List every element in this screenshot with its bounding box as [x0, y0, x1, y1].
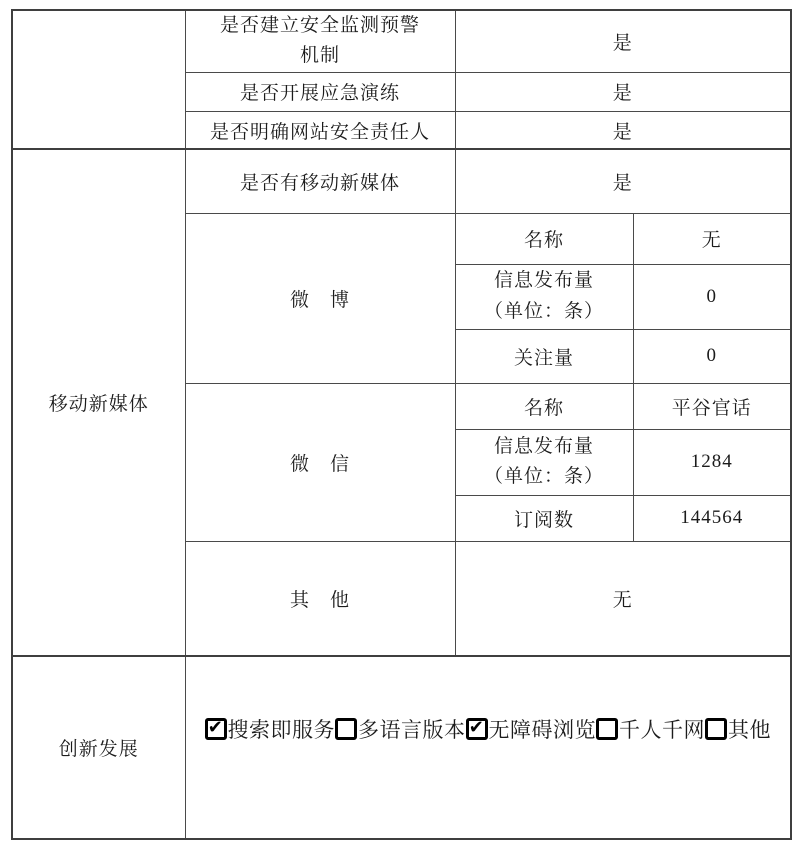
wechat-posts-value: 1284 [633, 429, 791, 495]
other-media-label: 其 他 [185, 541, 455, 656]
innovation-options-cell: 搜索即服务 多语言版本 无障碍浏览 千人千网 [185, 656, 791, 839]
checkbox-label: 千人千网 [619, 714, 705, 744]
weibo-posts-label: 信息发布量 （单位：条） [455, 264, 633, 329]
checkbox-other[interactable] [705, 718, 727, 740]
checkbox-label: 无障碍浏览 [489, 714, 597, 744]
wechat-subscribers-value: 144564 [633, 495, 791, 541]
innovation-option: 千人千网 [596, 714, 705, 744]
emergency-drill-label: 是否开展应急演练 [185, 72, 455, 111]
security-monitor-value: 是 [455, 10, 791, 72]
wechat-subscribers-label: 订阅数 [455, 495, 633, 541]
wechat-posts-label: 信息发布量 （单位：条） [455, 429, 633, 495]
innovation-options-line: 搜索即服务 多语言版本 无障碍浏览 千人千网 [186, 714, 791, 744]
emergency-drill-value: 是 [455, 72, 791, 111]
weibo-cell: 微 博 [185, 213, 455, 383]
security-monitor-label: 是否建立安全监测预警 机制 [185, 10, 455, 72]
innovation-option: 搜索即服务 [205, 714, 336, 744]
wechat-name-value: 平谷官话 [633, 383, 791, 429]
innovation-option: 多语言版本 [335, 714, 466, 744]
innovation-option: 无障碍浏览 [466, 714, 597, 744]
weibo-followers-value: 0 [633, 329, 791, 383]
wechat-name-label: 名称 [455, 383, 633, 429]
has-mobile-media-value: 是 [455, 149, 791, 213]
checkbox-accessibility[interactable] [466, 718, 488, 740]
weibo-name-label: 名称 [455, 213, 633, 264]
weibo-followers-label: 关注量 [455, 329, 633, 383]
innovation-section-header: 创新发展 [12, 656, 185, 839]
checkbox-personalized[interactable] [596, 718, 618, 740]
checkbox-label: 搜索即服务 [228, 714, 336, 744]
mobile-media-section-header: 移动新媒体 [12, 149, 185, 656]
checkbox-multilingual[interactable] [335, 718, 357, 740]
weibo-name-value: 无 [633, 213, 791, 264]
section-header-cell-empty [12, 10, 185, 149]
has-mobile-media-label: 是否有移动新媒体 [185, 149, 455, 213]
security-owner-value: 是 [455, 111, 791, 149]
other-media-value: 无 [455, 541, 791, 656]
wechat-cell: 微 信 [185, 383, 455, 541]
innovation-option: 其他 [705, 714, 771, 744]
security-owner-label: 是否明确网站安全责任人 [185, 111, 455, 149]
checkbox-search-as-service[interactable] [205, 718, 227, 740]
weibo-posts-value: 0 [633, 264, 791, 329]
checkbox-label: 其他 [728, 714, 771, 744]
annual-report-table: 是否建立安全监测预警 机制 是 是否开展应急演练 是 是否明确网站安全责任人 是… [11, 9, 792, 840]
checkbox-label: 多语言版本 [358, 714, 466, 744]
